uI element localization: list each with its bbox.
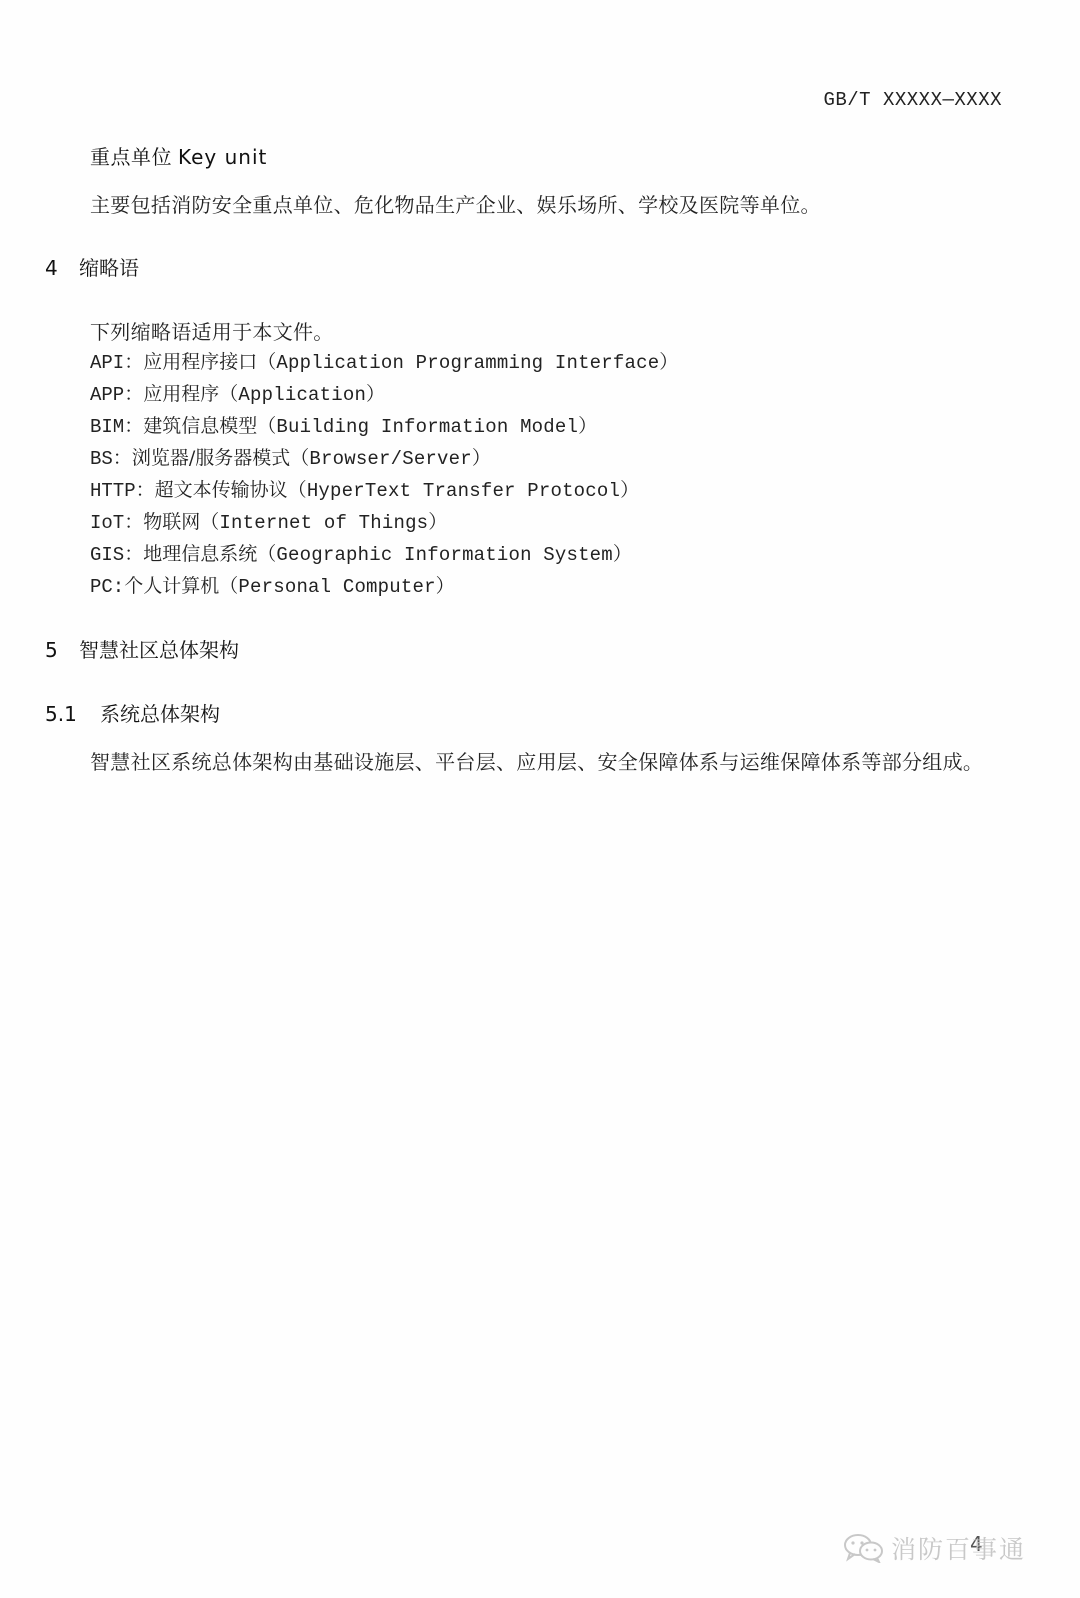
abbr-cn: 建筑信息模型 <box>143 415 257 437</box>
list-item: BIM：建筑信息模型（Building Information Model） <box>90 410 679 442</box>
abbr-full: （Geographic Information System） <box>257 544 632 566</box>
abbreviation-list: API：应用程序接口（Application Programming Inter… <box>90 346 679 602</box>
watermark: 消防百事通 <box>843 1530 1026 1566</box>
section-number: 4 <box>45 256 79 280</box>
abbr-full: （Building Information Model） <box>257 416 597 438</box>
section-heading-4: 4缩略语 <box>45 252 139 281</box>
abbr-cn: 应用程序接口 <box>143 351 257 373</box>
abbr-cn: 超文本传输协议 <box>155 479 288 501</box>
document-page: GB/T XXXXX—XXXX 重点单位Key unit 主要包括消防安全重点单… <box>0 0 1080 1598</box>
term-definition: 主要包括消防安全重点单位、危化物品生产企业、娱乐场所、学校及医院等单位。 <box>90 189 821 218</box>
subsection-number: 5.1 <box>45 702 100 726</box>
abbr-term: API： <box>90 352 143 374</box>
list-item: BS：浏览器/服务器模式（Browser/Server） <box>90 442 679 474</box>
abbr-full: （Personal Computer） <box>219 576 455 598</box>
section-number: 5 <box>45 638 79 662</box>
abbreviations-intro: 下列缩略语适用于本文件。 <box>90 316 334 345</box>
abbr-term: BS： <box>90 448 132 470</box>
abbr-full: （Browser/Server） <box>290 448 491 470</box>
section-title: 智慧社区总体架构 <box>79 638 239 662</box>
term-title-cn: 重点单位 <box>90 145 172 169</box>
abbr-full: （Application Programming Interface） <box>257 352 678 374</box>
abbr-term: APP： <box>90 384 143 406</box>
abbr-cn: 个人计算机 <box>124 575 219 597</box>
abbr-cn: 地理信息系统 <box>143 543 257 565</box>
abbr-cn: 物联网 <box>143 511 200 533</box>
list-item: HTTP：超文本传输协议（HyperText Transfer Protocol… <box>90 474 679 506</box>
term-title-en: Key unit <box>178 145 267 169</box>
standard-code: GB/T XXXXX—XXXX <box>823 89 1002 111</box>
abbr-term: IoT： <box>90 512 143 534</box>
abbr-term: BIM： <box>90 416 143 438</box>
abbr-full: （HyperText Transfer Protocol） <box>288 480 640 502</box>
abbr-term: HTTP： <box>90 480 155 502</box>
section-heading-5-1: 5.1系统总体架构 <box>45 698 220 727</box>
section-title: 缩略语 <box>79 256 139 280</box>
list-item: PC:个人计算机（Personal Computer） <box>90 570 679 602</box>
abbr-full: （Application） <box>219 384 385 406</box>
abbr-cn: 应用程序 <box>143 383 219 405</box>
abbr-term: GIS： <box>90 544 143 566</box>
wechat-icon <box>843 1533 885 1563</box>
list-item: GIS：地理信息系统（Geographic Information System… <box>90 538 679 570</box>
subsection-title: 系统总体架构 <box>100 702 220 726</box>
section-heading-5: 5智慧社区总体架构 <box>45 634 239 663</box>
list-item: IoT：物联网（Internet of Things） <box>90 506 679 538</box>
architecture-description: 智慧社区系统总体架构由基础设施层、平台层、应用层、安全保障体系与运维保障体系等部… <box>90 746 983 775</box>
abbr-term: PC: <box>90 576 124 598</box>
list-item: APP：应用程序（Application） <box>90 378 679 410</box>
term-title: 重点单位Key unit <box>90 141 267 170</box>
watermark-text: 消防百事通 <box>891 1530 1026 1566</box>
abbr-full: （Internet of Things） <box>200 512 447 534</box>
list-item: API：应用程序接口（Application Programming Inter… <box>90 346 679 378</box>
abbr-cn: 浏览器/服务器模式 <box>132 447 290 469</box>
